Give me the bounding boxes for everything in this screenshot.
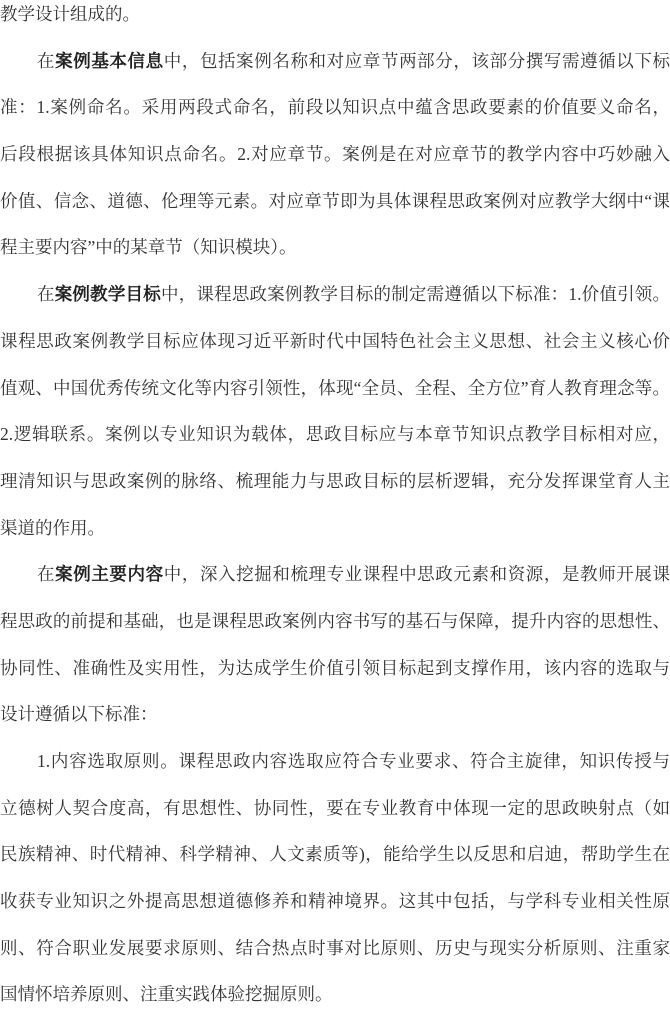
- text-run: 立德树人契合度高，有思想性、协同性，要在专业教育中体现一定的思政映射点（如: [0, 798, 670, 818]
- text-run: 程主要内容”中的某章节（知识模块）。: [0, 237, 297, 257]
- text-line: 2.逻辑联系。案例以专业知识为载体，思政目标应与本章节知识点教学目标相对应，: [0, 411, 670, 458]
- text-run: 在: [37, 564, 55, 584]
- document-body: 教学设计组成的。 在案例基本信息中，包括案例名称和对应章节两部分，该部分撰写需遵…: [0, 0, 670, 1012]
- text-line: 后段根据该具体知识点命名。2.对应章节。案例是在对应章节的教学内容中巧妙融入: [0, 131, 670, 178]
- text-run: 中，深入挖掘和梳理专业课程中思政元素和资源，是教师开展课: [164, 564, 670, 584]
- bold-term: 案例教学目标: [55, 284, 161, 304]
- text-line: 准：1.案例命名。采用两段式命名，前段以知识点中蕴含思政要素的价值要义命名，: [0, 84, 670, 131]
- text-run: 在: [37, 284, 55, 304]
- text-line: 收获专业知识之外提高思想道德修养和精神境界。这其中包括，与学科专业相关性原: [0, 878, 670, 925]
- text-line: 理清知识与思政案例的脉络、梳理能力与思政目标的层析逻辑，充分发挥课堂育人主: [0, 458, 670, 505]
- text-run: 渠道的作用。: [0, 518, 105, 538]
- document-page: 教学设计组成的。 在案例基本信息中，包括案例名称和对应章节两部分，该部分撰写需遵…: [0, 0, 670, 1012]
- text-run: 后段根据该具体知识点命名。2.对应章节。案例是在对应章节的教学内容中巧妙融入: [0, 144, 670, 164]
- paragraph-start-line: 在案例基本信息中，包括案例名称和对应章节两部分，该部分撰写需遵循以下标: [0, 38, 670, 85]
- paragraph-start-line: 在案例主要内容中，深入挖掘和梳理专业课程中思政元素和资源，是教师开展课: [0, 551, 670, 598]
- text-run: 中，包括案例名称和对应章节两部分，该部分撰写需遵循以下标: [164, 51, 670, 71]
- bold-term: 案例基本信息: [55, 51, 164, 71]
- text-run: 中，课程思政案例教学目标的制定需遵循以下标准：1.价值引领。: [161, 284, 670, 304]
- text-run: 设计遵循以下标准：: [0, 704, 158, 724]
- text-run: 准：1.案例命名。采用两段式命名，前段以知识点中蕴含思政要素的价值要义命名，: [0, 97, 670, 117]
- text-run: 值观、中国优秀传统文化等内容引领性，体现“全员、全程、全方位”育人教育理念等。: [0, 378, 670, 398]
- text-line: 课程思政案例教学目标应体现习近平新时代中国特色社会主义思想、社会主义核心价: [0, 318, 670, 365]
- text-line: 民族精神、时代精神、科学精神、人文素质等)，能给学生以反思和启迪，帮助学生在: [0, 831, 670, 878]
- text-run: 教学设计组成的。: [0, 4, 140, 24]
- text-run: 价值、信念、道德、伦理等元素。对应章节即为具体课程思政案例对应教学大纲中“课: [0, 191, 670, 211]
- paragraph-start-line: 在案例教学目标中，课程思政案例教学目标的制定需遵循以下标准：1.价值引领。: [0, 271, 670, 318]
- text-line: 程思政的前提和基础，也是课程思政案例内容书写的基石与保障，提升内容的思想性、: [0, 598, 670, 645]
- text-line: 设计遵循以下标准：: [0, 691, 670, 738]
- text-run: 1.内容选取原则。课程思政内容选取应符合专业要求、符合主旋律，知识传授与: [37, 751, 670, 771]
- text-run: 民族精神、时代精神、科学精神、人文素质等)，能给学生以反思和启迪，帮助学生在: [0, 844, 670, 864]
- text-run: 协同性、准确性及实用性，为达成学生价值引领目标起到支撑作用，该内容的选取与: [0, 658, 670, 678]
- text-run: 则、符合职业发展要求原则、结合热点时事对比原则、历史与现实分析原则、注重家: [0, 938, 670, 958]
- text-line: 程主要内容”中的某章节（知识模块）。: [0, 224, 670, 271]
- text-line: 协同性、准确性及实用性，为达成学生价值引领目标起到支撑作用，该内容的选取与: [0, 645, 670, 692]
- text-line: 则、符合职业发展要求原则、结合热点时事对比原则、历史与现实分析原则、注重家: [0, 925, 670, 972]
- text-line: 价值、信念、道德、伦理等元素。对应章节即为具体课程思政案例对应教学大纲中“课: [0, 178, 670, 225]
- text-line: 国情怀培养原则、注重实践体验挖掘原则。: [0, 971, 670, 1012]
- text-line: 立德树人契合度高，有思想性、协同性，要在专业教育中体现一定的思政映射点（如: [0, 785, 670, 832]
- text-line: 教学设计组成的。: [0, 0, 670, 38]
- text-line: 值观、中国优秀传统文化等内容引领性，体现“全员、全程、全方位”育人教育理念等。: [0, 365, 670, 412]
- text-run: 2.逻辑联系。案例以专业知识为载体，思政目标应与本章节知识点教学目标相对应，: [0, 424, 670, 444]
- paragraph-start-line: 1.内容选取原则。课程思政内容选取应符合专业要求、符合主旋律，知识传授与: [0, 738, 670, 785]
- text-run: 程思政的前提和基础，也是课程思政案例内容书写的基石与保障，提升内容的思想性、: [0, 611, 670, 631]
- text-run: 在: [37, 51, 55, 71]
- text-line: 渠道的作用。: [0, 505, 670, 552]
- text-run: 国情怀培养原则、注重实践体验挖掘原则。: [0, 984, 333, 1004]
- text-run: 课程思政案例教学目标应体现习近平新时代中国特色社会主义思想、社会主义核心价: [0, 331, 670, 351]
- text-run: 收获专业知识之外提高思想道德修养和精神境界。这其中包括，与学科专业相关性原: [0, 891, 670, 911]
- text-run: 理清知识与思政案例的脉络、梳理能力与思政目标的层析逻辑，充分发挥课堂育人主: [0, 471, 670, 491]
- bold-term: 案例主要内容: [55, 564, 164, 584]
